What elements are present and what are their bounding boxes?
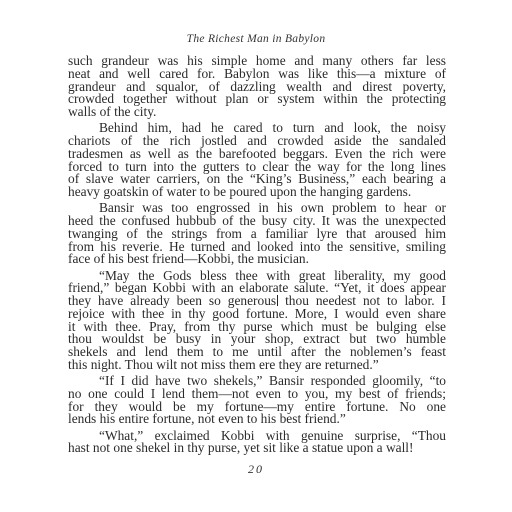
text-line: this night. Thou wilt not miss them ere … bbox=[68, 359, 446, 372]
text-line: hast not one shekel in thy purse, yet si… bbox=[68, 442, 446, 455]
paragraph: “If I did have two shekels,” Bansir resp… bbox=[68, 375, 446, 426]
paragraph: “May the Gods bless thee with great libe… bbox=[68, 270, 446, 372]
body-text[interactable]: such grandeur was his simple home and ma… bbox=[68, 55, 446, 455]
text-line: lends his entire fortune, not even to hi… bbox=[68, 413, 446, 426]
text-line: face of his best friend—Kobbi, the music… bbox=[68, 253, 446, 266]
page-number: 20 bbox=[0, 462, 512, 477]
text-cursor bbox=[277, 295, 278, 306]
paragraph: such grandeur was his simple home and ma… bbox=[68, 55, 446, 119]
paragraph: “What,” exclaimed Kobbi with genuine sur… bbox=[68, 430, 446, 456]
text-line: heavy goatskin of water to be poured upo… bbox=[68, 186, 446, 199]
text-line: walls of the city. bbox=[68, 106, 446, 119]
paragraph: Bansir was too engrossed in his own prob… bbox=[68, 202, 446, 266]
paragraph: Behind him, had he cared to turn and loo… bbox=[68, 122, 446, 199]
running-head: The Richest Man in Babylon bbox=[0, 33, 512, 45]
document-page: The Richest Man in Babylon such grandeur… bbox=[0, 0, 512, 512]
